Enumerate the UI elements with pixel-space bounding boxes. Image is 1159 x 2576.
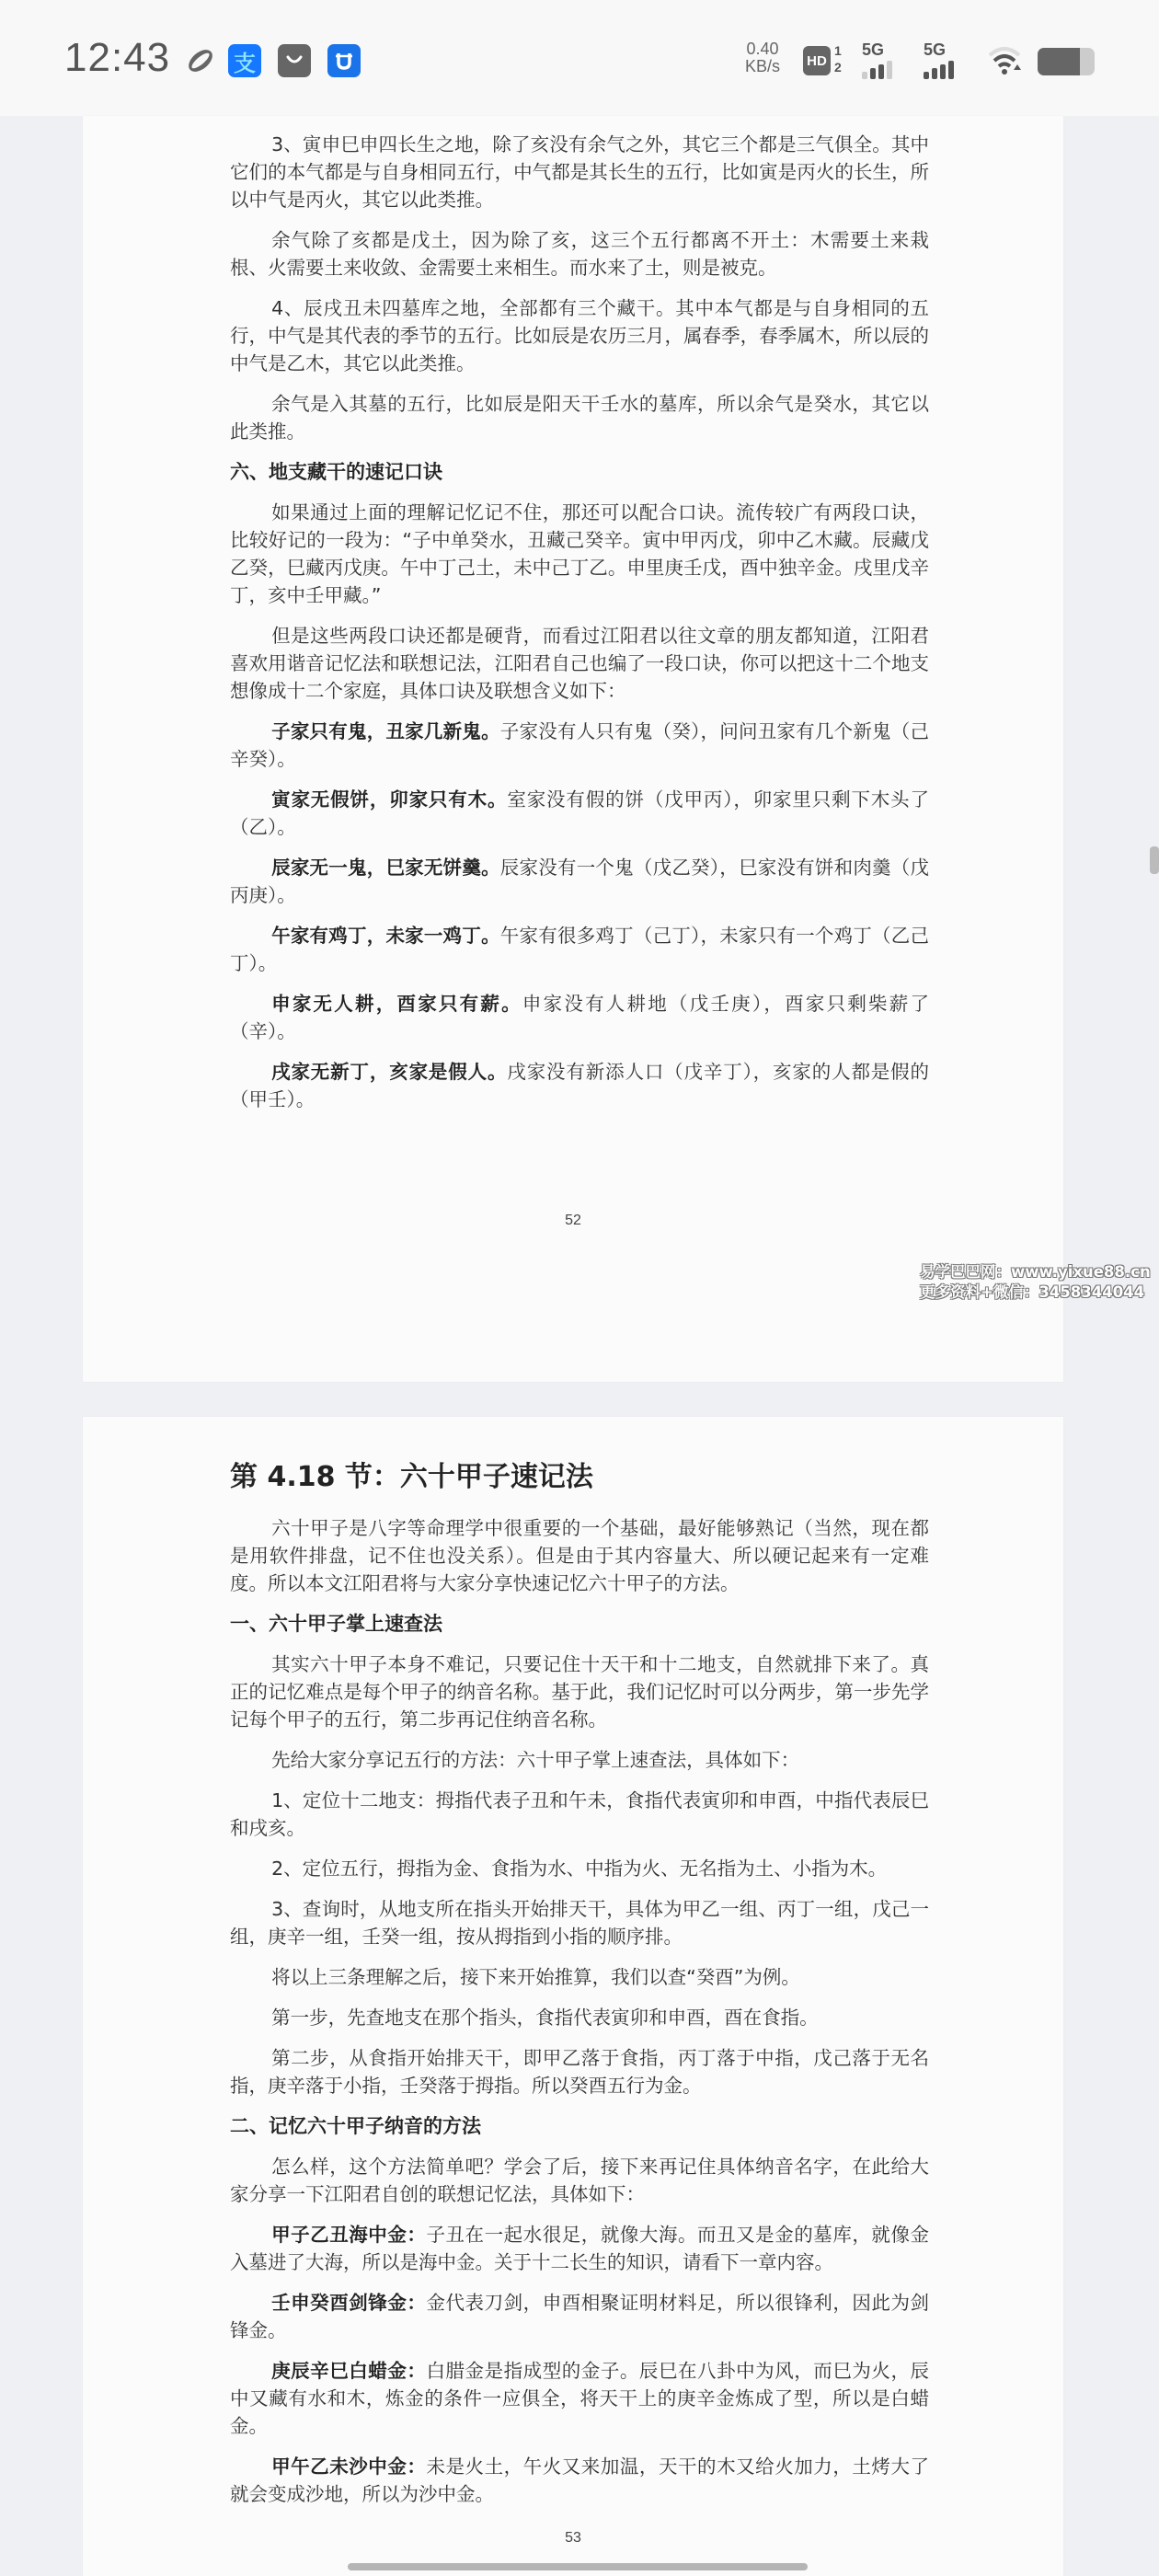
sim1-network-type: 5G [862,40,884,60]
nayin-item: 甲子乙丑海中金：子丑在一起水很足，就像大海。而丑又是金的墓库，就像金入墓进了大海… [230,2221,929,2276]
home-indicator-bar[interactable] [348,2563,808,2570]
mnemonic-bold: 申家无人耕，酉家只有薪。 [271,993,522,1015]
nayin-item: 甲午乙未沙中金：未是火土，午火又来加温，天干的木又给火加力，土烤大了就会变成沙地… [230,2453,929,2508]
mnemonic-item: 寅家无假饼，卯家只有木。室家没有假的饼（戊甲丙），卯家里只剩下木头了（乙）。 [230,786,929,841]
nayin-bold: 壬申癸酉剑锋金： [271,2292,426,2314]
page-52-content: 3、寅申巳申四长生之地，除了亥没有余气之外，其它三个都是三气俱全。其中它们的本气… [230,131,929,1113]
paragraph: 4、辰戌丑未四墓库之地，全部都有三个藏干。其中本气都是与自身相同的五行，中气是其… [230,294,929,377]
paragraph: 第一步，先查地支在那个指头，食指代表寅卯和申酉，酉在食指。 [230,2004,929,2031]
paragraph: 2、定位五行，拇指为金、食指为水、中指为火、无名指为土、小指为木。 [230,1855,929,1882]
net-speed-value: 0.40 [745,40,780,58]
watermark: 易学巴巴网：www.yixue88.cn 更多资料+微信：3458344044 [920,1262,1151,1303]
page-number: 52 [83,1213,1063,1229]
section-heading: 六、地支藏干的速记口诀 [230,458,929,486]
document-page-53: 第 4.18 节：六十甲子速记法 六十甲子是八字等命理学中很重要的一个基础，最好… [83,1417,1063,2576]
paragraph: 六十甲子是八字等命理学中很重要的一个基础，最好能够熟记（当然，现在都是用软件排盘… [230,1514,929,1597]
net-speed-unit: KB/s [745,58,780,75]
alipay-icon: 支 [228,44,261,77]
mnemonic-bold: 寅家无假饼，卯家只有木。 [271,788,507,811]
sim2-network-type: 5G [924,40,946,60]
page-title: 第 4.18 节：六十甲子速记法 [230,1459,929,1496]
watermark-line-1: 易学巴巴网：www.yixue88.cn [920,1262,1151,1282]
section-heading: 一、六十甲子掌上速查法 [230,1610,929,1638]
hd-sim-index: 1 2 [834,42,842,75]
clock: 12:43 [64,35,170,81]
nayin-bold: 庚辰辛巳白蜡金： [271,2360,426,2382]
page-53-content: 第 4.18 节：六十甲子速记法 六十甲子是八字等命理学中很重要的一个基础，最好… [230,1459,929,2508]
paragraph: 其实六十甲子本身不难记，只要记住十天干和十二地支，自然就排下来了。真正的记忆难点… [230,1650,929,1733]
paragraph: 但是这些两段口诀还都是硬背，而看过江阳君以往文章的朋友都知道，江阳君喜欢用谐音记… [230,622,929,705]
nayin-item: 壬申癸酉剑锋金：金代表刀剑，申酉相聚证明材料足，所以很锋利，因此为剑锋金。 [230,2289,929,2344]
vertical-scrollbar-thumb[interactable] [1150,846,1159,874]
paragraph: 余气除了亥都是戊土，因为除了亥，这三个五行都离不开土：木需要土来栽根、火需要土来… [230,226,929,282]
mnemonic-bold: 子家只有鬼，丑家几新鬼。 [271,720,500,742]
paragraph: 先给大家分享记五行的方法：六十甲子掌上速查法，具体如下： [230,1746,929,1774]
paragraph: 如果通过上面的理解记忆记不住，那还可以配合口诀。流传较广有两段口诀，比较好记的一… [230,499,929,609]
shopping-bag-icon [278,44,311,77]
mnemonic-bold: 午家有鸡丁，未家一鸡丁。 [271,925,500,947]
mnemonic-item: 午家有鸡丁，未家一鸡丁。午家有很多鸡丁（己丁），未家只有一个鸡丁（乙己丁）。 [230,922,929,977]
paragraph: 余气是入其墓的五行，比如辰是阳天干壬水的墓库，所以余气是癸水，其它以此类推。 [230,390,929,445]
section-heading: 二、记忆六十甲子纳音的方法 [230,2112,929,2140]
mnemonic-bold: 辰家无一鬼，巳家无饼羹。 [271,857,500,879]
paragraph: 怎么样，这个方法简单吧？学会了后，接下来再记住具体纳音名字，在此给大家分享一下江… [230,2153,929,2208]
paragraph: 3、查询时，从地支所在指头开始排天干，具体为甲乙一组、丙丁一组，戊己一组，庚辛一… [230,1895,929,1950]
sim2-signal-icon [924,61,954,79]
hd-sub-top: 1 [834,42,842,59]
mnemonic-item: 辰家无一鬼，巳家无饼羹。辰家没有一个鬼（戊乙癸），巳家没有饼和肉羹（戊丙庚）。 [230,854,929,909]
paragraph: 将以上三条理解之后，接下来开始推算，我们以查“癸酉”为例。 [230,1963,929,1991]
battery-icon [1038,48,1095,75]
blue-app-icon [327,44,361,77]
wifi-icon [986,42,1023,79]
planet-browser-icon [184,44,217,77]
nayin-bold: 甲午乙未沙中金： [271,2455,426,2478]
paragraph: 1、定位十二地支：拇指代表子丑和午未，食指代表寅卯和申酉，中指代表辰巳和戌亥。 [230,1787,929,1842]
hd-sub-bottom: 2 [834,59,842,75]
watermark-line-2: 更多资料+微信：3458344044 [920,1282,1151,1303]
page-number: 53 [83,2530,1063,2547]
network-speed: 0.40 KB/s [745,40,780,75]
nayin-item: 庚辰辛巳白蜡金：白腊金是指成型的金子。辰巳在八卦中为风，而巳为火，辰中又藏有水和… [230,2357,929,2440]
paragraph: 第二步，从食指开始排天干，即甲乙落于食指，丙丁落于中指，戊己落于无名指，庚辛落于… [230,2044,929,2099]
mnemonic-item: 子家只有鬼，丑家几新鬼。子家没有人只有鬼（癸），问问丑家有几个新鬼（己辛癸）。 [230,718,929,773]
mnemonic-item: 申家无人耕，酉家只有薪。申家没有人耕地（戊壬庚），酉家只剩柴薪了（辛）。 [230,990,929,1045]
paragraph: 3、寅申巳申四长生之地，除了亥没有余气之外，其它三个都是三气俱全。其中它们的本气… [230,131,929,213]
document-page-52: 3、寅申巳申四长生之地，除了亥没有余气之外，其它三个都是三气俱全。其中它们的本气… [83,116,1063,1382]
nayin-bold: 甲子乙丑海中金： [271,2224,426,2246]
status-bar: 12:43 支 0.40 KB/s HD 1 2 5G 5G [0,0,1159,116]
hd-voice-icon: HD [803,46,831,75]
sim1-signal-icon [862,61,892,79]
mnemonic-bold: 戌家无新丁，亥家是假人。 [271,1061,507,1083]
mnemonic-item: 戌家无新丁，亥家是假人。戌家没有新添人口（戊辛丁），亥家的人都是假的（甲壬）。 [230,1058,929,1113]
